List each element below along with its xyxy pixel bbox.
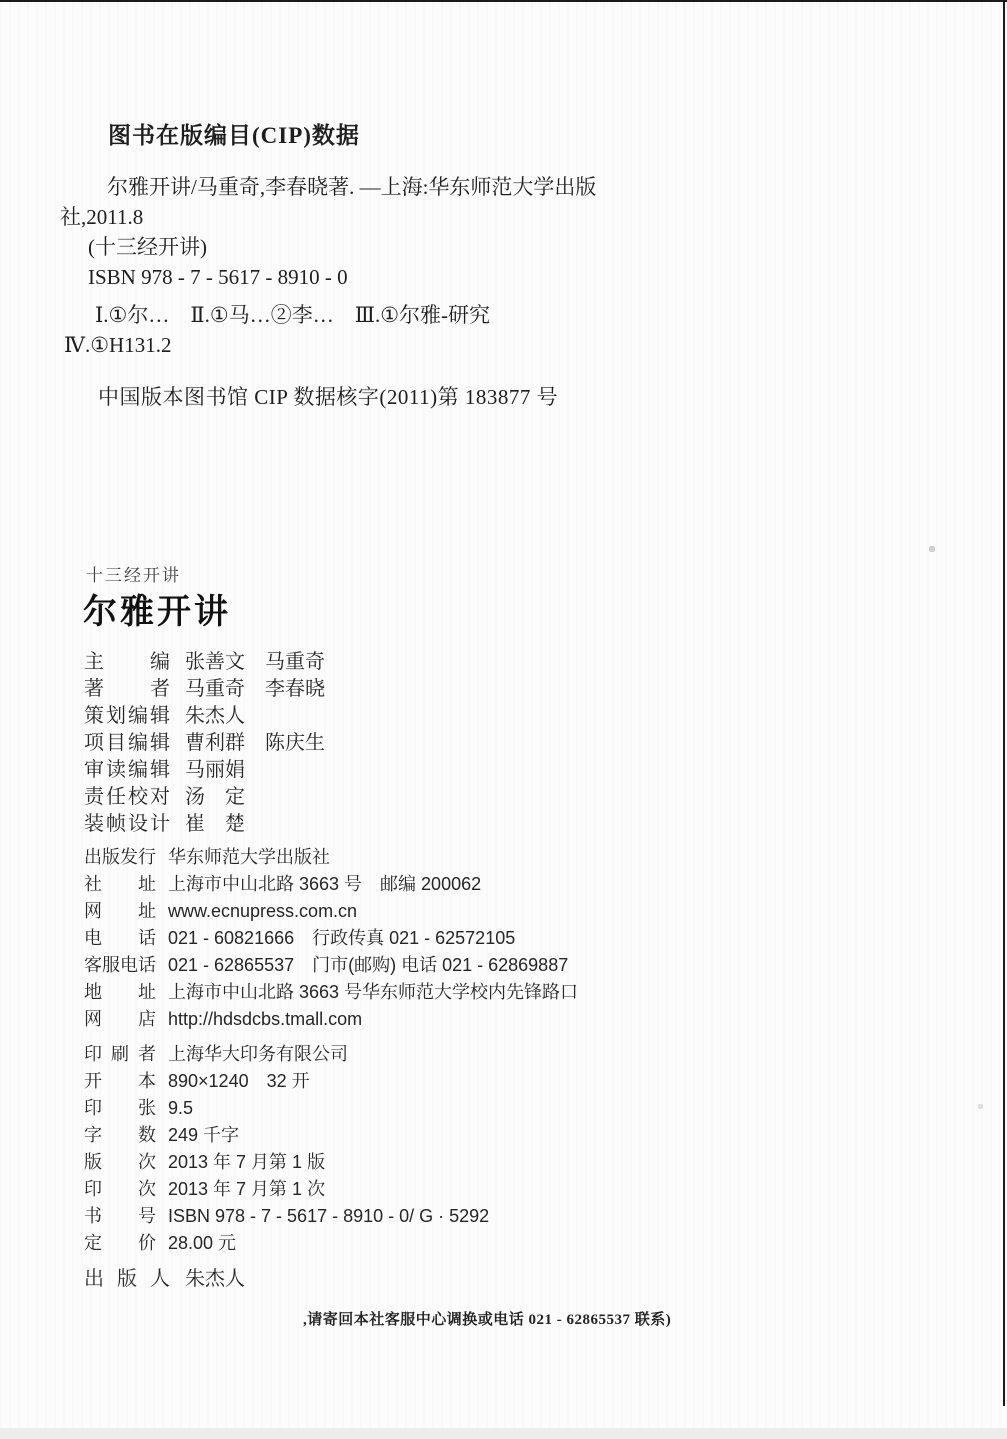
- credits-row: 装帧设计崔 楚: [84, 811, 325, 838]
- row-value: 28.00 元: [168, 1233, 236, 1253]
- row-label: 社址: [84, 871, 156, 898]
- credits-row: 审读编辑马丽娟: [84, 757, 325, 784]
- row-label: 审读编辑: [84, 757, 170, 784]
- cip-classification: Ⅰ.①尔… Ⅱ.①马…②李… Ⅲ.①尔雅-研究 Ⅳ.①H131.2: [64, 300, 764, 360]
- row-value: 华东师范大学出版社: [168, 847, 330, 867]
- publisher-person-row: 出版人朱杰人: [84, 1266, 245, 1293]
- credits-row: 著者马重奇 李春晓: [84, 676, 325, 703]
- printing-info-block: 印刷者上海华大印务有限公司 开本890×1240 32 开 印张9.5 字数24…: [84, 1041, 489, 1257]
- row-value: ISBN 978 - 7 - 5617 - 8910 - 0/ G · 5292: [168, 1206, 489, 1226]
- series-title: 十三经开讲: [86, 561, 181, 586]
- row-value: 崔 楚: [185, 813, 245, 835]
- printing-row: 书号ISBN 978 - 7 - 5617 - 8910 - 0/ G · 52…: [84, 1203, 489, 1230]
- row-value: 2013 年 7 月第 1 次: [168, 1179, 325, 1199]
- printing-row: 字数249 千字: [84, 1122, 489, 1149]
- row-value: 汤 定: [185, 786, 245, 808]
- row-label: 网址: [84, 898, 156, 925]
- credits-row: 策划编辑朱杰人: [84, 703, 325, 730]
- row-value: 890×1240 32 开: [168, 1071, 310, 1091]
- row-value: http://hdsdcbs.tmall.com: [168, 1009, 362, 1029]
- row-label: 出版发行: [84, 844, 156, 871]
- colophon-page: 图书在版编目(CIP)数据 尔雅开讲/马重奇,李春晓著. —上海:华东师范大学出…: [0, 0, 1007, 1439]
- scan-speck: [929, 546, 935, 552]
- row-label: 责任校对: [84, 784, 170, 811]
- row-label: 项目编辑: [84, 730, 170, 757]
- row-value: 马重奇 李春晓: [185, 678, 325, 700]
- return-instruction-note: ,请寄回本社客服中心调换或电话 021 - 62865537 联系): [303, 1308, 671, 1329]
- scan-edge-top-line: [0, 0, 1007, 2]
- publisher-info-block: 出版发行华东师范大学出版社 社址上海市中山北路 3663 号 邮编 200062…: [84, 844, 578, 1033]
- scan-speck: [978, 1104, 983, 1109]
- row-value: 249 千字: [168, 1125, 239, 1145]
- row-value: 021 - 60821666 行政传真 021 - 62572105: [168, 928, 515, 948]
- cip-description-line-1: 尔雅开讲/马重奇,李春晓著. —上海:华东师范大学出版: [60, 172, 760, 202]
- scan-edge-right-line: [1003, 0, 1005, 1406]
- credits-block: 主编张善文 马重奇 著者马重奇 李春晓 策划编辑朱杰人 项目编辑曹利群 陈庆生 …: [84, 649, 325, 838]
- row-label: 开本: [84, 1068, 156, 1095]
- row-value: 马丽娟: [185, 759, 245, 781]
- printing-row: 印张9.5: [84, 1095, 489, 1122]
- printing-row: 定价28.00 元: [84, 1230, 489, 1257]
- row-value: 9.5: [168, 1098, 193, 1118]
- row-label: 出版人: [84, 1266, 170, 1293]
- row-value: 上海市中山北路 3663 号华东师范大学校内先锋路口: [168, 982, 578, 1002]
- cip-description-line-2: 社,2011.8: [60, 202, 760, 232]
- row-value: 朱杰人: [185, 705, 245, 727]
- credits-row: 责任校对汤 定: [84, 784, 325, 811]
- row-label: 版次: [84, 1149, 156, 1176]
- publisher-person-block: 出版人朱杰人: [84, 1266, 245, 1293]
- publisher-row: 网店http://hdsdcbs.tmall.com: [84, 1006, 578, 1033]
- row-value: www.ecnupress.com.cn: [168, 901, 357, 921]
- cip-header: 图书在版编目(CIP)数据: [108, 117, 360, 150]
- row-label: 字数: [84, 1122, 156, 1149]
- row-label: 装帧设计: [84, 811, 170, 838]
- row-value: 朱杰人: [185, 1268, 245, 1290]
- cip-isbn: ISBN 978 - 7 - 5617 - 8910 - 0: [60, 262, 760, 292]
- row-label: 定价: [84, 1230, 156, 1257]
- row-value: 2013 年 7 月第 1 版: [168, 1152, 325, 1172]
- printing-row: 印次2013 年 7 月第 1 次: [84, 1176, 489, 1203]
- cip-class-line-1: Ⅰ.①尔… Ⅱ.①马…②李… Ⅲ.①尔雅-研究: [64, 300, 764, 330]
- row-label: 网店: [84, 1006, 156, 1033]
- book-title: 尔雅开讲: [83, 584, 231, 633]
- scan-bottom-band: [0, 1428, 1007, 1439]
- row-value: 张善文 马重奇: [185, 651, 325, 673]
- publisher-row: 出版发行华东师范大学出版社: [84, 844, 578, 871]
- row-label: 地址: [84, 979, 156, 1006]
- row-label: 电话: [84, 925, 156, 952]
- row-label: 策划编辑: [84, 703, 170, 730]
- publisher-row: 网址www.ecnupress.com.cn: [84, 898, 578, 925]
- publisher-row: 地址上海市中山北路 3663 号华东师范大学校内先锋路口: [84, 979, 578, 1006]
- row-label: 印刷者: [84, 1041, 156, 1068]
- cip-class-line-2: Ⅳ.①H131.2: [64, 330, 764, 360]
- row-value: 曹利群 陈庆生: [185, 732, 325, 754]
- publisher-row: 客服电话021 - 62865537 门市(邮购) 电话 021 - 62869…: [84, 952, 578, 979]
- printing-row: 印刷者上海华大印务有限公司: [84, 1041, 489, 1068]
- printing-row: 开本890×1240 32 开: [84, 1068, 489, 1095]
- credits-row: 项目编辑曹利群 陈庆生: [84, 730, 325, 757]
- row-label: 书号: [84, 1203, 156, 1230]
- publisher-row: 社址上海市中山北路 3663 号 邮编 200062: [84, 871, 578, 898]
- printing-row: 版次2013 年 7 月第 1 版: [84, 1149, 489, 1176]
- row-value: 上海市中山北路 3663 号 邮编 200062: [168, 874, 481, 894]
- cip-description: 尔雅开讲/马重奇,李春晓著. —上海:华东师范大学出版 社,2011.8 (十三…: [60, 172, 760, 292]
- row-value: 021 - 62865537 门市(邮购) 电话 021 - 62869887: [168, 955, 568, 975]
- row-label: 印次: [84, 1176, 156, 1203]
- row-value: 上海华大印务有限公司: [168, 1044, 348, 1064]
- row-label: 客服电话: [84, 952, 156, 979]
- row-label: 印张: [84, 1095, 156, 1122]
- cip-record-number: 中国版本图书馆 CIP 数据核字(2011)第 183877 号: [98, 381, 558, 411]
- publisher-row: 电话021 - 60821666 行政传真 021 - 62572105: [84, 925, 578, 952]
- row-label: 著者: [84, 676, 170, 703]
- row-label: 主编: [84, 649, 170, 676]
- credits-row: 主编张善文 马重奇: [84, 649, 325, 676]
- cip-series-note: (十三经开讲): [60, 232, 760, 262]
